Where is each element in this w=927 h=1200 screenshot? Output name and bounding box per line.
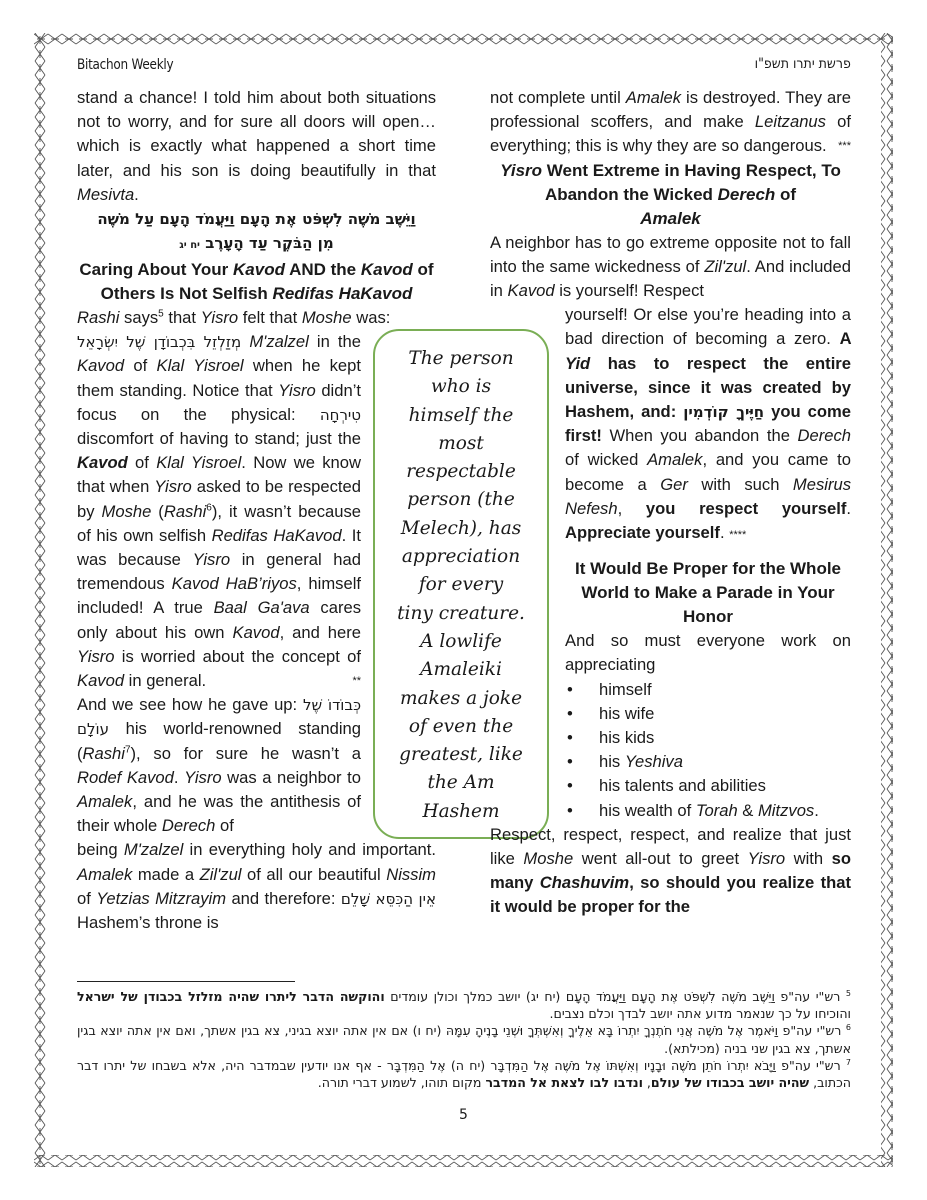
paragraph: yourself! Or else you’re heading into a … [565,303,851,547]
paragraph: Respect, respect, respect, and realize t… [490,823,851,920]
section-heading: Yisro Went Extreme in Having Respect, To… [490,159,851,231]
paragraph: not complete until Amalek is destroyed. … [490,86,851,159]
paragraph: Rashi says5 that Yisro felt that Moshe w… [77,306,436,330]
footnote-separator [77,981,295,982]
section-separator: **** [729,529,746,541]
list-item: his Yeshiva [565,750,851,774]
footnotes: 5 רש"י עה"פ וַיֵּשֶׁב מֹשֶׁה לִשְׁפֹּט א… [77,988,851,1091]
wrapped-text-block: מְזַלְזֵל בִּכְבוֹדָן שֶׁל יִשְׂרָאֵל M'… [77,330,361,838]
paragraph: מְזַלְזֵל בִּכְבוֹדָן שֶׁל יִשְׂרָאֵל M'… [77,330,361,693]
paragraph: being M'zalzel in everything holy and im… [77,838,436,935]
list-item: his wife [565,702,851,726]
list-item: himself [565,678,851,702]
section-separator: *** [838,134,851,158]
paragraph: stand a chance! I told him about both si… [77,86,436,207]
footnote-6: 6 רש"י עה"פ וַיֹּאמֶר אֶל מֹשֶׁה אֲנִי ח… [77,1022,851,1056]
newsletter-title: Bitachon Weekly [77,57,173,73]
paragraph: And so must everyone work on appreciatin… [565,629,851,677]
list-item: his wealth of Torah & Mitzvos. [565,799,851,823]
pasuk-reference: יח יג [179,240,200,251]
footnote-7: 7 רש"י עה"פ וַיָּבֹא יִתְרוֹ חֹתֵן מֹשֶׁ… [77,1057,851,1091]
list-item: his kids [565,726,851,750]
footnote-5: 5 רש"י עה"פ וַיֵּשֶׁב מֹשֶׁה לִשְׁפֹּט א… [77,988,851,1022]
page-number: 5 [0,1107,927,1123]
section-heading: It Would Be Proper for the Whole World t… [565,557,851,629]
pasuk-quote: וַיֵּשֶׁב מֹשֶׁה לִשְׁפֹּט אֶת הָעָם וַי… [77,207,436,258]
section-heading: Caring About Your Kavod AND the Kavod of… [77,258,436,306]
section-separator: ** [352,669,361,693]
bullet-list: himself his wife his kids his Yeshiva hi… [565,678,851,823]
paragraph: And we see how he gave up: כְּבוֹדוֹ שֶׁ… [77,693,361,838]
paragraph: A neighbor has to go extreme opposite no… [490,231,851,304]
parsha-title: פרשת יתרו תשפ"ו [755,56,851,72]
right-column: not complete until Amalek is destroyed. … [490,86,851,920]
wrapped-text-block: yourself! Or else you’re heading into a … [565,303,851,823]
list-item: his talents and abilities [565,774,851,798]
